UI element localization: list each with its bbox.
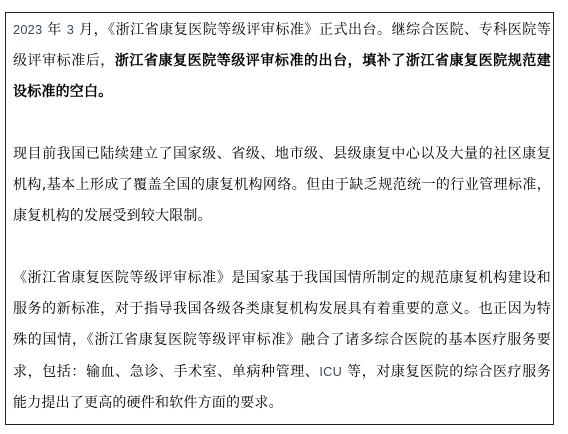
latin-text: 3 (67, 22, 74, 37)
text-run: 《浙江省康复医院等级评审标准》是国家基于我国国情所制定的规范康复机构建设和服务的… (13, 270, 551, 411)
paragraph: 《浙江省康复医院等级评审标准》是国家基于我国国情所制定的规范康复机构建设和服务的… (13, 263, 551, 419)
latin-text: 2023 (13, 22, 42, 37)
document-page: { "colors": { "background": "#ffffff", "… (0, 0, 568, 434)
latin-text: ICU (319, 364, 342, 379)
document-border-frame: 2023 年 3 月，《浙江省康复医院等级评审标准》正式出台。继综合医院、专科医… (5, 12, 554, 425)
text-run: 现目前我国已陆续建立了国家级、省级、地市级、县级康复中心以及大量的社区康复机构,… (13, 146, 551, 224)
paragraph: 现目前我国已陆续建立了国家级、省级、地市级、县级康复中心以及大量的社区康复机构,… (13, 139, 551, 232)
document-content: 2023 年 3 月，《浙江省康复医院等级评审标准》正式出台。继综合医院、专科医… (13, 14, 551, 419)
paragraph: 2023 年 3 月，《浙江省康复医院等级评审标准》正式出台。继综合医院、专科医… (13, 14, 551, 108)
